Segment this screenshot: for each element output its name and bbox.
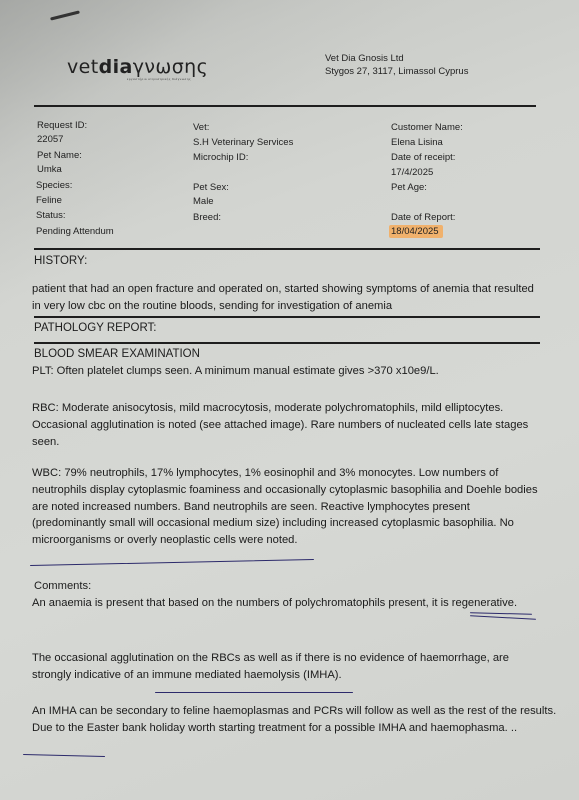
ink-underline-imha [155, 692, 353, 693]
date-of-receipt-value: 17/4/2025 [391, 167, 433, 178]
plt-text: PLT: Often platelet clumps seen. A minim… [32, 363, 552, 380]
pet-sex-value: Male [193, 196, 214, 207]
customer-name-label: Customer Name: [391, 122, 463, 133]
pathology-heading: PATHOLOGY REPORT: [34, 322, 157, 334]
blood-smear-heading: BLOOD SMEAR EXAMINATION [34, 348, 200, 360]
ink-arrow-line-2 [470, 615, 536, 620]
company-name: Vet Dia Gnosis Ltd [325, 52, 468, 65]
comment-regenerative: An anaemia is present that based on the … [32, 595, 562, 612]
microchip-label: Microchip ID: [193, 152, 248, 163]
logo-text-rest: γνωσης [133, 56, 208, 78]
ink-arrow-line-1 [470, 612, 532, 615]
customer-name-value: Elena Lisina [391, 137, 443, 148]
company-address: Stygos 27, 3117, Limassol Cyprus [325, 65, 468, 78]
history-divider [34, 316, 540, 318]
pen-mark [50, 10, 80, 20]
logo-subtitle: εργαστήριο κτηνιατρικής διάγνωσης [127, 77, 191, 81]
status-value: Pending Attendum [36, 226, 114, 237]
comment-imha: The occasional agglutination on the RBCs… [32, 650, 547, 684]
pet-sex-label: Pet Sex: [193, 182, 229, 193]
pathology-divider [34, 342, 540, 344]
ink-underline-haemophasma [23, 754, 105, 758]
history-heading: HISTORY: [34, 255, 87, 267]
wbc-text: WBC: 79% neutrophils, 17% lymphocytes, 1… [32, 465, 542, 549]
logo-text: vet [67, 56, 99, 78]
date-of-receipt-label: Date of receipt: [391, 152, 455, 163]
rbc-text: RBC: Moderate anisocytosis, mild macrocy… [32, 400, 547, 450]
comments-heading: Comments: [34, 580, 91, 592]
date-of-report-value: 18/04/2025 [389, 226, 443, 237]
fields-divider [34, 248, 540, 250]
history-text: patient that had an open fracture and op… [32, 281, 542, 315]
ink-underline-wbc [30, 559, 314, 566]
vet-label: Vet: [193, 122, 209, 133]
company-logo: vetdiaγνωσης εργαστήριο κτηνιατρικής διά… [67, 56, 208, 78]
request-id-value: 22057 [37, 134, 63, 145]
pet-age-label: Pet Age: [391, 182, 427, 193]
company-info: Vet Dia Gnosis Ltd Stygos 27, 3117, Lima… [325, 52, 468, 78]
species-value: Feline [36, 195, 62, 206]
species-label: Species: [36, 180, 72, 191]
pet-name-value: Umka [37, 164, 62, 175]
date-of-report-label: Date of Report: [391, 212, 455, 223]
vet-value: S.H Veterinary Services [193, 137, 293, 148]
header-divider [34, 105, 536, 107]
date-highlight: 18/04/2025 [389, 225, 443, 238]
pet-name-label: Pet Name: [37, 150, 82, 161]
comment-haemoplasma: An IMHA can be secondary to feline haemo… [32, 703, 557, 737]
request-id-label: Request ID: [37, 120, 87, 131]
status-label: Status: [36, 210, 66, 221]
breed-label: Breed: [193, 212, 221, 223]
logo-text-bold: dia [99, 56, 133, 78]
